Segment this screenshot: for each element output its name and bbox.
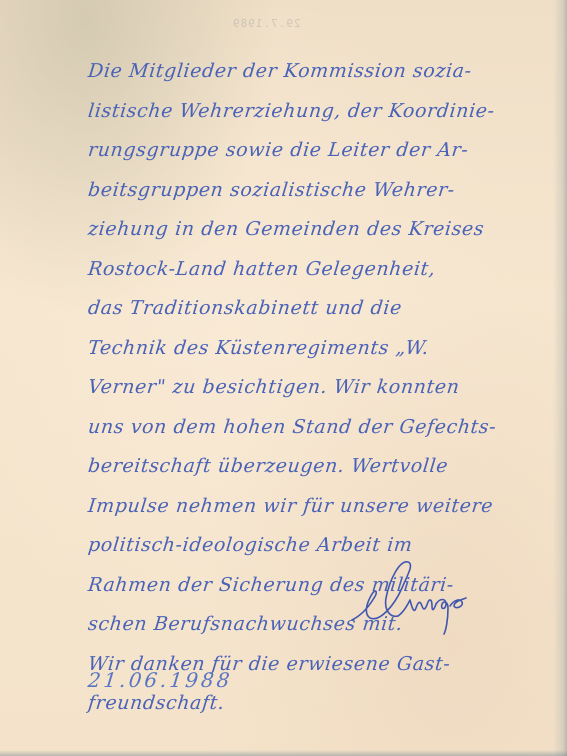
letter-line: Rahmen der Sicherung des militäri- bbox=[86, 566, 550, 606]
page-bottom-shadow bbox=[0, 750, 567, 756]
letter-line: das Traditionskabinett und die bbox=[86, 289, 550, 329]
letter-line: uns von dem hohen Stand der Gefechts- bbox=[86, 408, 550, 448]
letter-line: politisch-ideologische Arbeit im bbox=[86, 526, 550, 566]
letter-line: Verner" zu besichtigen. Wir konnten bbox=[86, 368, 550, 408]
letter-line: Technik des Küstenregiments „W. bbox=[86, 329, 550, 369]
letter-line: bereitschaft überzeugen. Wertvolle bbox=[86, 447, 550, 487]
letter-line: ziehung in den Gemeinden des Kreises bbox=[86, 210, 550, 250]
letter-line: Die Mitglieder der Kommission sozia- bbox=[86, 52, 550, 92]
letter-page: 29.7.1989 Die Mitglieder der Kommission … bbox=[0, 0, 567, 756]
letter-line: beitsgruppen sozialistische Wehrer- bbox=[86, 171, 550, 211]
letter-line: Impulse nehmen wir für unsere weitere bbox=[86, 487, 550, 527]
page-edge-shadow bbox=[553, 0, 567, 756]
letter-line: rungsgruppe sowie die Leiter der Ar- bbox=[86, 131, 550, 171]
bleed-through-stamp: 29.7.1989 bbox=[232, 17, 301, 30]
letter-line: schen Berufsnachwuchses mit. bbox=[86, 605, 550, 645]
letter-line: Rostock-Land hatten Gelegenheit, bbox=[86, 250, 550, 290]
signature bbox=[350, 558, 480, 638]
letter-date: 21.06.1988 bbox=[87, 668, 234, 692]
letter-line: listische Wehrerziehung, der Koordinie- bbox=[86, 92, 550, 132]
